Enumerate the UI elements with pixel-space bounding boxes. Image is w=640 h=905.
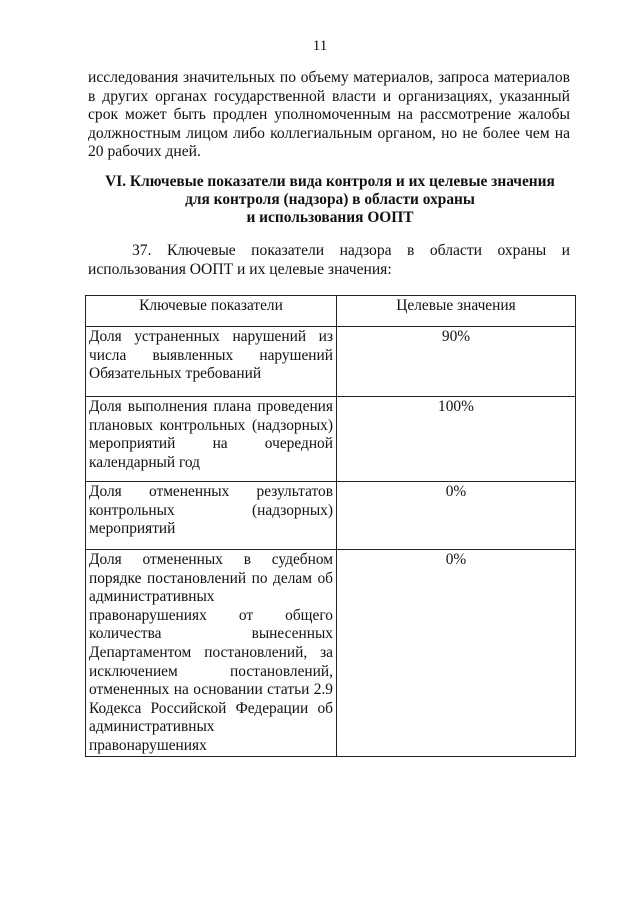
paragraph-continuation: исследования значительных по объему мате… (88, 69, 570, 162)
value-cell: 0% (337, 550, 576, 757)
section-heading: VI. Ключевые показатели вида контроля и … (80, 173, 580, 227)
indicator-cell: Доля отмененных в судебном порядке поста… (86, 550, 337, 757)
table-row: Доля выполнения плана проведения плановы… (86, 397, 576, 482)
page-number: 11 (0, 38, 640, 55)
section-heading-line-1: VI. Ключевые показатели вида контроля и … (80, 173, 580, 191)
table-row: Доля устраненных нарушений из числа выяв… (86, 327, 576, 397)
kpi-table: Ключевые показатели Целевые значения Дол… (85, 295, 576, 757)
value-cell: 90% (337, 327, 576, 397)
table-header-row: Ключевые показатели Целевые значения (86, 296, 576, 327)
indicator-cell: Доля выполнения плана проведения плановы… (86, 397, 337, 482)
value-cell: 0% (337, 482, 576, 550)
paragraph-37: 37. Ключевые показатели надзора в област… (88, 242, 570, 279)
section-heading-line-3: и использования ООПТ (80, 209, 580, 227)
header-indicators: Ключевые показатели (86, 296, 337, 327)
table-row: Доля отмененных результатов контрольных … (86, 482, 576, 550)
indicator-cell: Доля отмененных результатов контрольных … (86, 482, 337, 550)
header-target-values: Целевые значения (337, 296, 576, 327)
section-heading-line-2: для контроля (надзора) в области охраны (80, 191, 580, 209)
table-row: Доля отмененных в судебном порядке поста… (86, 550, 576, 757)
value-cell: 100% (337, 397, 576, 482)
indicator-cell: Доля устраненных нарушений из числа выяв… (86, 327, 337, 397)
